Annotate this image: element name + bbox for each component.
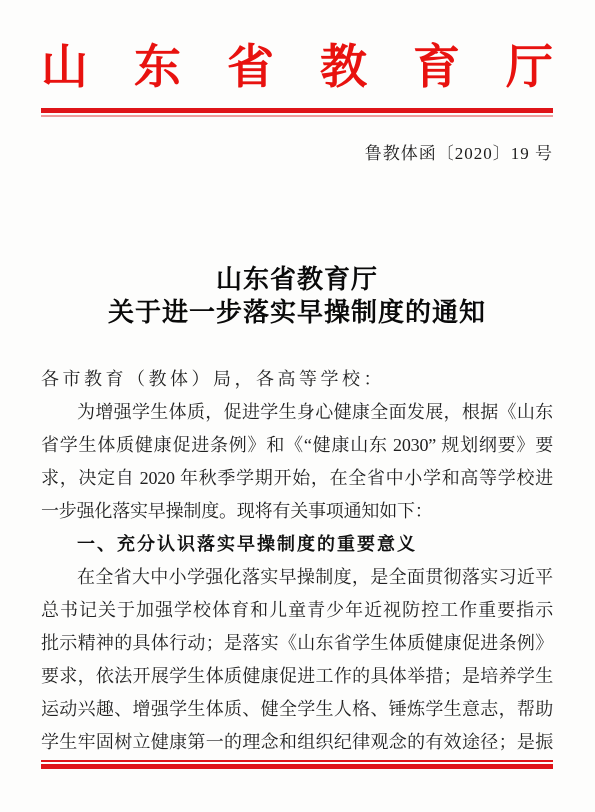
section1-paragraph-line: 批示精神的具体行动；是落实《山东省学生体质健康促进条例》 (41, 627, 553, 660)
section1-heading: 一、充分认识落实早操制度的重要意义 (41, 528, 553, 561)
section1-paragraph-line: 运动兴趣、增强学生体质、健全学生人格、锤炼学生意志，帮助 (41, 693, 553, 726)
notice-title: 山东省教育厅 关于进一步落实早操制度的通知 (41, 263, 553, 329)
section1-paragraph-line: 在全省大中小学强化落实早操制度，是全面贯彻落实习近平 (41, 561, 553, 594)
salutation-line: 各市教育（教体）局，各高等学校： (41, 363, 553, 396)
intro-paragraph-line: 为增强学生体质，促进学生身心健康全面发展，根据《山东 (41, 396, 553, 429)
notice-body: 各市教育（教体）局，各高等学校： 为增强学生体质，促进学生身心健康全面发展，根据… (41, 363, 553, 759)
footer-divider-thick-line (41, 764, 553, 769)
footer-divider (41, 760, 553, 769)
section1-paragraph-line: 学生牢固树立健康第一的理念和组织纪律观念的有效途径；是振 (41, 726, 553, 759)
agency-name: 山 东 省 教 育 厅 (41, 30, 553, 106)
notice-title-line1: 山东省教育厅 (41, 263, 553, 296)
section1-paragraph-line: 总书记关于加强学校体育和儿童青少年近视防控工作重要指示 (41, 594, 553, 627)
header-divider-thin-line (41, 115, 553, 117)
document-page: 山 东 省 教 育 厅 鲁教体函〔2020〕19 号 山东省教育厅 关于进一步落… (0, 0, 595, 812)
notice-title-line2: 关于进一步落实早操制度的通知 (41, 296, 553, 329)
intro-paragraph-line: 省学生体质健康促进条例》和《“健康山东 2030” 规划纲要》要 (41, 429, 553, 462)
intro-paragraph-line: 求，决定自 2020 年秋季学期开始，在全省中小学和高等学校进 (41, 462, 553, 495)
intro-paragraph-line: 一步强化落实早操制度。现将有关事项通知如下： (41, 495, 553, 528)
section1-paragraph-line: 要求，依法开展学生体质健康促进工作的具体举措；是培养学生 (41, 660, 553, 693)
header-divider (41, 108, 553, 117)
doc-number: 鲁教体函〔2020〕19 号 (41, 144, 553, 164)
